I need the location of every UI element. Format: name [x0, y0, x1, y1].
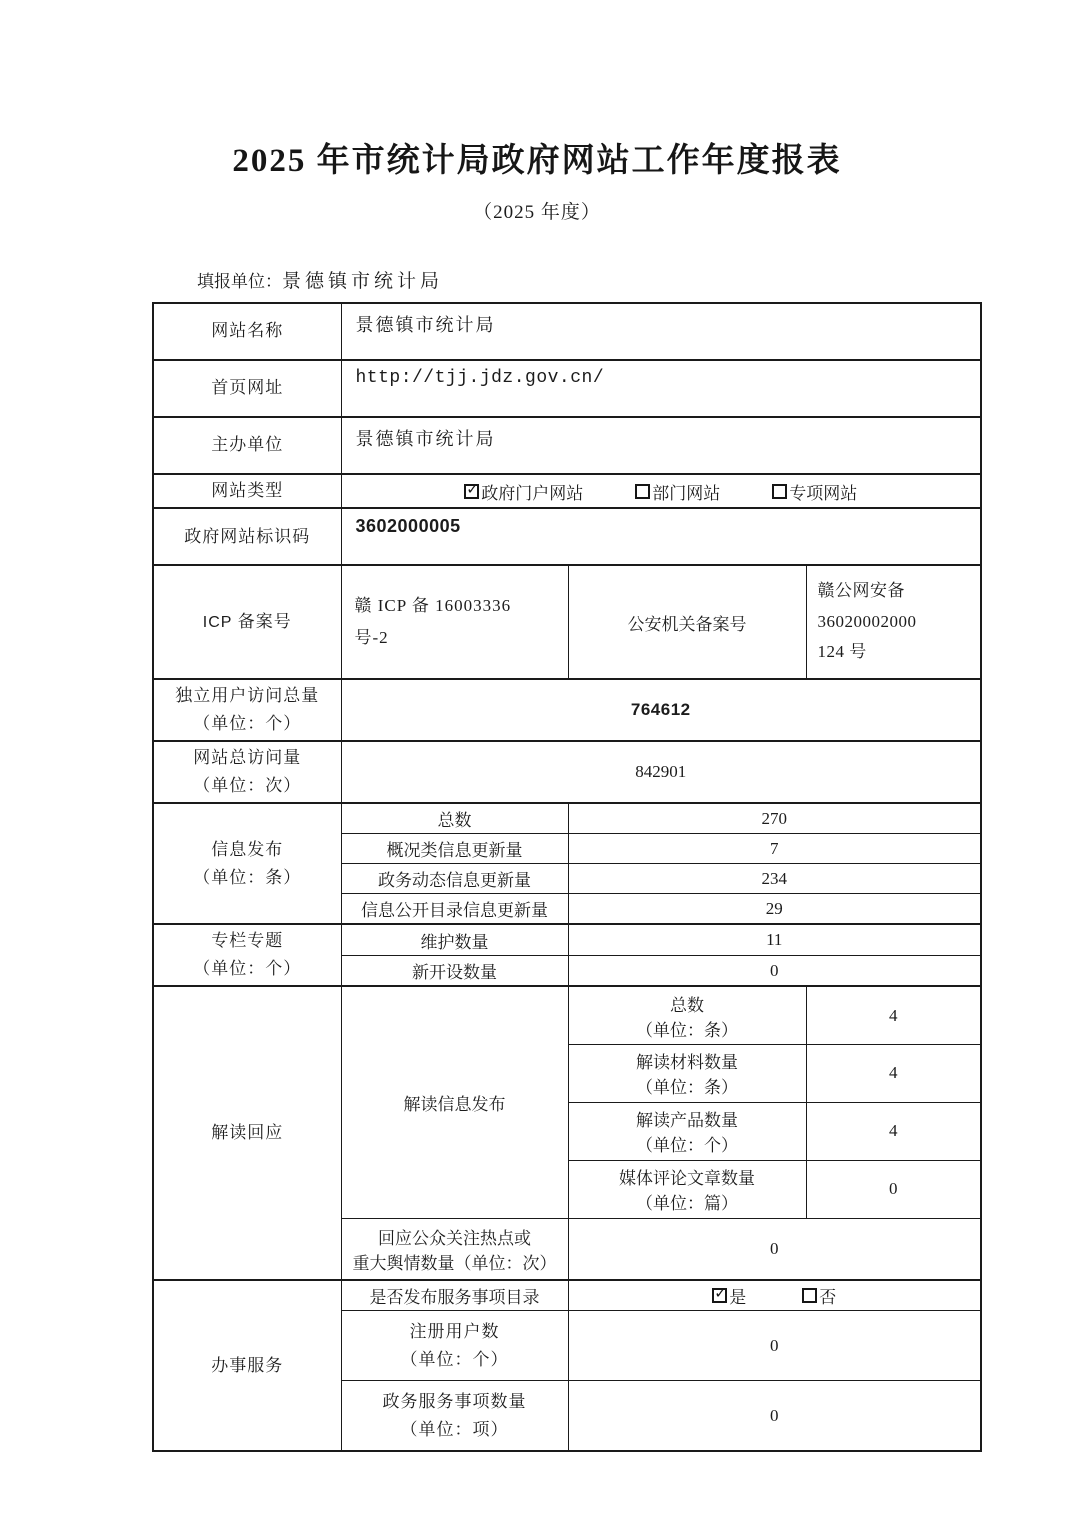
- info-release-row-value: 234: [568, 864, 981, 894]
- row-site-name: 网站名称 景德镇市统计局: [153, 303, 981, 360]
- site-name-value: 景德镇市统计局: [341, 303, 981, 360]
- site-type-option-portal: ✓政府门户网站: [464, 479, 583, 504]
- info-release-row-label: 概况类信息更新量: [341, 834, 568, 864]
- site-type-options: ✓政府门户网站 部门网站 专项网站: [341, 474, 981, 508]
- row-services-directory: 办事服务 是否发布服务事项目录 ✓是 否: [153, 1280, 981, 1311]
- directory-yes-option: ✓是: [712, 1283, 746, 1308]
- annual-report-table: 网站名称 景德镇市统计局 首页网址 http://tjj.jdz.gov.cn/…: [152, 302, 982, 1452]
- site-code-label: 政府网站标识码: [153, 508, 341, 565]
- site-type-label: 网站类型: [153, 474, 341, 508]
- homepage-url-label: 首页网址: [153, 360, 341, 417]
- interpretation-label: 解读回应: [153, 986, 341, 1280]
- check-icon: ✓: [466, 482, 479, 497]
- site-type-option-department: 部门网站: [635, 479, 720, 504]
- site-code-value: 3602000005: [341, 508, 981, 565]
- homepage-url-value: http://tjj.jdz.gov.cn/: [341, 360, 981, 417]
- info-release-row-value: 29: [568, 894, 981, 925]
- site-type-option-label: 专项网站: [789, 479, 857, 504]
- special-columns-row-value: 11: [568, 924, 981, 955]
- icp-label: ICP 备案号: [153, 565, 341, 679]
- row-unique-visitors: 独立用户访问总量 （单位：个） 764612: [153, 679, 981, 741]
- hotspot-label: 回应公众关注热点或 重大舆情数量（单位：次）: [341, 1218, 568, 1280]
- info-release-row-label: 信息公开目录信息更新量: [341, 894, 568, 925]
- interpretation-row-value: 4: [806, 1102, 981, 1160]
- directory-no-option: 否: [802, 1283, 836, 1308]
- check-icon: ✓: [714, 1286, 727, 1301]
- special-columns-row-label: 新开设数量: [341, 955, 568, 986]
- directory-yes-label: 是: [729, 1283, 746, 1308]
- row-organizer: 主办单位 景德镇市统计局: [153, 417, 981, 474]
- icp-value: 赣 ICP 备 16003336 号-2: [341, 565, 568, 679]
- info-release-row-label: 总数: [341, 803, 568, 834]
- row-total-visits: 网站总访问量 （单位：次） 842901: [153, 741, 981, 803]
- report-page: 2025 年市统计局政府网站工作年度报表 （2025 年度） 填报单位：景德镇市…: [0, 0, 1074, 1520]
- row-site-type: 网站类型 ✓政府门户网站 部门网站 专项网站: [153, 474, 981, 508]
- info-release-row-label: 政务动态信息更新量: [341, 864, 568, 894]
- directory-no-label: 否: [819, 1283, 836, 1308]
- checkbox-unchecked-icon: [802, 1288, 817, 1303]
- organizer-value: 景德镇市统计局: [341, 417, 981, 474]
- organizer-label: 主办单位: [153, 417, 341, 474]
- special-columns-row-value: 0: [568, 955, 981, 986]
- total-visits-label: 网站总访问量 （单位：次）: [153, 741, 341, 803]
- service-items-label: 政务服务事项数量 （单位：项）: [341, 1381, 568, 1451]
- checkbox-unchecked-icon: [635, 484, 650, 499]
- checkbox-unchecked-icon: [772, 484, 787, 499]
- checkbox-checked-icon: ✓: [464, 484, 479, 499]
- site-type-option-special: 专项网站: [772, 479, 857, 504]
- reporting-unit-label: 填报单位：: [197, 272, 282, 291]
- special-columns-row-label: 维护数量: [341, 924, 568, 955]
- police-record-value: 赣公网安备 36020002000 124 号: [806, 565, 981, 679]
- icp-label-suffix: 备案号: [232, 612, 291, 631]
- interpretation-row-value: 4: [806, 1044, 981, 1102]
- row-info-release-1: 信息发布 （单位：条） 总数 270: [153, 803, 981, 834]
- row-site-code: 政府网站标识码 3602000005: [153, 508, 981, 565]
- info-release-row-value: 7: [568, 834, 981, 864]
- special-columns-label: 专栏专题 （单位：个）: [153, 924, 341, 986]
- unique-visitors-label: 独立用户访问总量 （单位：个）: [153, 679, 341, 741]
- reporting-unit: 填报单位：景德镇市统计局: [197, 266, 1074, 293]
- unique-visitors-value: 764612: [341, 679, 981, 741]
- registered-users-label: 注册用户数 （单位：个）: [341, 1311, 568, 1381]
- service-items-value: 0: [568, 1381, 981, 1451]
- info-release-label: 信息发布 （单位：条）: [153, 803, 341, 924]
- checkbox-checked-icon: ✓: [712, 1288, 727, 1303]
- hotspot-value: 0: [568, 1218, 981, 1280]
- row-interpretation-1: 解读回应 解读信息发布 总数 （单位：条） 4: [153, 986, 981, 1044]
- interpretation-row-label: 总数 （单位：条）: [568, 986, 806, 1044]
- police-record-label: 公安机关备案号: [568, 565, 806, 679]
- services-directory-label: 是否发布服务事项目录: [341, 1280, 568, 1311]
- services-directory-options: ✓是 否: [568, 1280, 981, 1311]
- services-label: 办事服务: [153, 1280, 341, 1451]
- interpretation-row-value: 4: [806, 986, 981, 1044]
- page-title: 2025 年市统计局政府网站工作年度报表: [0, 0, 1074, 181]
- row-icp: ICP 备案号 赣 ICP 备 16003336 号-2 公安机关备案号 赣公网…: [153, 565, 981, 679]
- registered-users-value: 0: [568, 1311, 981, 1381]
- site-name-label: 网站名称: [153, 303, 341, 360]
- row-homepage-url: 首页网址 http://tjj.jdz.gov.cn/: [153, 360, 981, 417]
- row-special-columns-1: 专栏专题 （单位：个） 维护数量 11: [153, 924, 981, 955]
- reporting-unit-value: 景德镇市统计局: [282, 271, 443, 292]
- total-visits-value: 842901: [341, 741, 981, 803]
- interpretation-row-label: 解读材料数量 （单位：条）: [568, 1044, 806, 1102]
- interpretation-row-label: 媒体评论文章数量 （单位：篇）: [568, 1160, 806, 1218]
- site-type-option-label: 政府门户网站: [481, 479, 583, 504]
- interpretation-row-value: 0: [806, 1160, 981, 1218]
- info-release-row-value: 270: [568, 803, 981, 834]
- interpretation-row-label: 解读产品数量 （单位：个）: [568, 1102, 806, 1160]
- page-subtitle: （2025 年度）: [0, 197, 1074, 224]
- icp-label-prefix: ICP: [203, 614, 233, 631]
- interpretation-release-label: 解读信息发布: [341, 986, 568, 1218]
- site-type-option-label: 部门网站: [652, 479, 720, 504]
